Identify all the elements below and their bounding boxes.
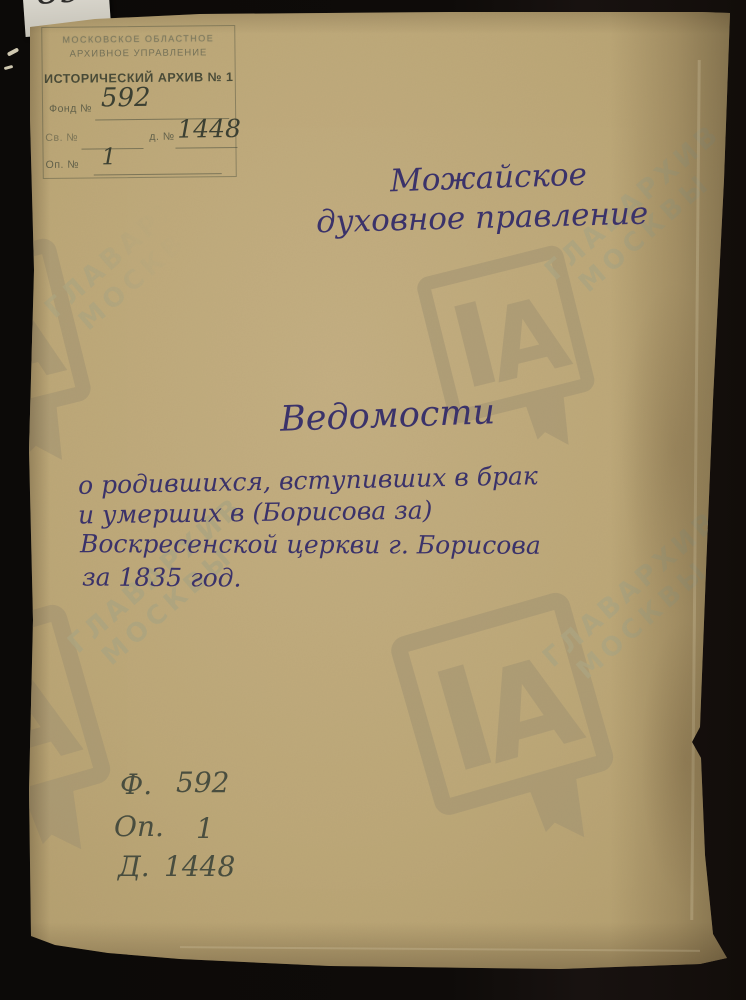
body-line: за 1835 год. — [82, 562, 242, 592]
mark-fond-label: Ф. — [120, 768, 152, 801]
scrap-note: 89 — [35, 0, 84, 13]
mark-case-label: Д. — [118, 850, 150, 883]
inventory-value: 1 — [101, 144, 116, 170]
stamp-org-line2: АРХИВНОЕ УПРАВЛЕНИЕ — [42, 47, 234, 60]
stamp-rule — [94, 173, 222, 175]
case-value: 1448 — [177, 114, 241, 144]
body-line: Воскресенской церкви г. Борисова — [80, 529, 541, 560]
inventory-label: Оп. № — [46, 159, 80, 171]
mark-fond-value: 592 — [176, 766, 229, 799]
paper-stain — [640, 620, 730, 900]
binding-thread — [7, 47, 19, 56]
title-line-1: Можайское — [389, 157, 587, 200]
scanned-document: 89 А А А А — [0, 0, 746, 1000]
case-label: д. № — [149, 131, 174, 143]
body-line: о родившихся, вступивших в брак — [78, 461, 538, 500]
binding-thread — [4, 65, 13, 70]
paper-stain — [620, 280, 730, 620]
fond-value: 592 — [101, 83, 151, 114]
mark-case-value: 1448 — [164, 850, 235, 883]
mark-inventory-value: 1 — [196, 812, 214, 845]
body-line: и умерших в (Борисова за) — [78, 496, 433, 530]
stamp-org-line1: МОСКОВСКОЕ ОБЛАСТНОЕ — [42, 33, 234, 45]
archive-stamp: МОСКОВСКОЕ ОБЛАСТНОЕ АРХИВНОЕ УПРАВЛЕНИЕ… — [41, 25, 237, 179]
edge-shadow — [0, 922, 746, 970]
stamp-rule — [175, 147, 237, 149]
document-heading: Ведомости — [279, 392, 495, 439]
mark-inventory-label: Оп. — [114, 810, 164, 843]
bundle-label: Св. № — [45, 132, 78, 144]
fond-label: Фонд № — [49, 102, 92, 114]
cover-page: А А А А ГЛАВАРХИВ МОСКВЫ ГЛАВАРХИВ — [0, 0, 746, 1000]
